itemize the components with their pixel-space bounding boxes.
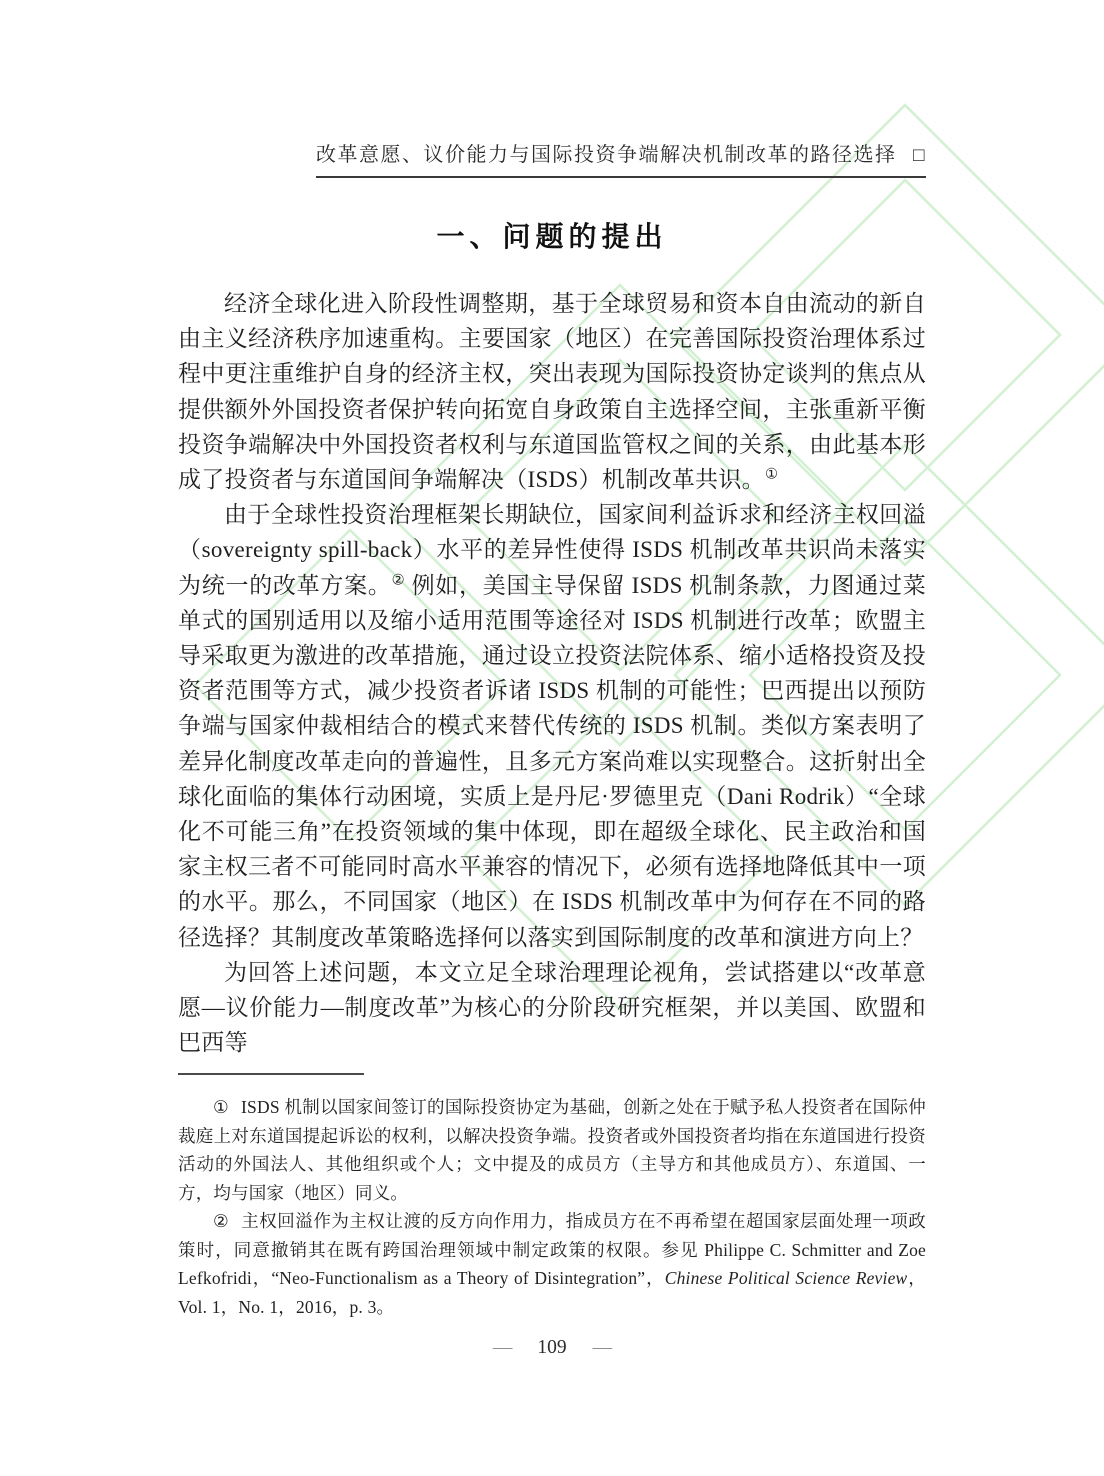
footnote-2: ②主权回溢作为主权让渡的反方向作用力，指成员方在不再希望在超国家层面处理一项政策… (178, 1207, 926, 1321)
document-page: 改革意愿、议价能力与国际投资争端解决机制改革的路径选择 □ 一、问题的提出 经济… (0, 0, 1104, 1476)
paragraph-2: 由于全球性投资治理框架长期缺位，国家间利益诉求和经济主权回溢（sovereign… (178, 497, 926, 955)
running-header-title: 改革意愿、议价能力与国际投资争端解决机制改革的路径选择 (316, 144, 897, 166)
footnote-area: ①ISDS 机制以国家间签订的国际投资协定为基础，创新之处在于赋予私人投资者在国… (178, 1073, 926, 1321)
footnote-ref-1: ① (765, 466, 778, 482)
page-number-dash-right: — (593, 1337, 612, 1358)
footnote-2-marker: ② (213, 1211, 229, 1231)
page-number-value: 109 (537, 1337, 566, 1358)
footnote-1: ①ISDS 机制以国家间签订的国际投资协定为基础，创新之处在于赋予私人投资者在国… (178, 1093, 926, 1207)
running-header-underlined: 改革意愿、议价能力与国际投资争端解决机制改革的路径选择 □ (316, 138, 926, 178)
page-number-dash-left: — (493, 1337, 512, 1358)
header-box-icon: □ (913, 145, 926, 167)
paragraph-1: 经济全球化进入阶段性调整期，基于全球贸易和资本自由流动的新自由主义经济秩序加速重… (178, 286, 926, 497)
paragraph-3: 为回答上述问题，本文立足全球治理理论视角，尝试搭建以“改革意愿—议价能力—制度改… (178, 955, 926, 1061)
footnote-separator (178, 1073, 364, 1075)
section-title: 一、问题的提出 (178, 222, 926, 252)
running-header: 改革意愿、议价能力与国际投资争端解决机制改革的路径选择 □ (178, 138, 926, 178)
footnote-1-text: ISDS 机制以国家间签订的国际投资协定为基础，创新之处在于赋予私人投资者在国际… (178, 1097, 926, 1203)
footnote-2-journal-title: Chinese Political Science Review (665, 1268, 908, 1288)
page-content: 改革意愿、议价能力与国际投资争端解决机制改革的路径选择 □ 一、问题的提出 经济… (178, 0, 926, 1359)
paragraph-2-text-after-ref: 例如，美国主导保留 ISDS 机制条款，力图通过菜单式的国别适用以及缩小适用范围… (178, 573, 926, 950)
body-text-block: 经济全球化进入阶段性调整期，基于全球贸易和资本自由流动的新自由主义经济秩序加速重… (178, 286, 926, 1060)
page-number: —109— (178, 1337, 926, 1359)
paragraph-3-text: 为回答上述问题，本文立足全球治理理论视角，尝试搭建以“改革意愿—议价能力—制度改… (178, 960, 926, 1055)
paragraph-1-text: 经济全球化进入阶段性调整期，基于全球贸易和资本自由流动的新自由主义经济秩序加速重… (178, 291, 926, 492)
footnote-ref-2: ② (392, 572, 406, 588)
footnote-1-marker: ① (213, 1097, 229, 1117)
